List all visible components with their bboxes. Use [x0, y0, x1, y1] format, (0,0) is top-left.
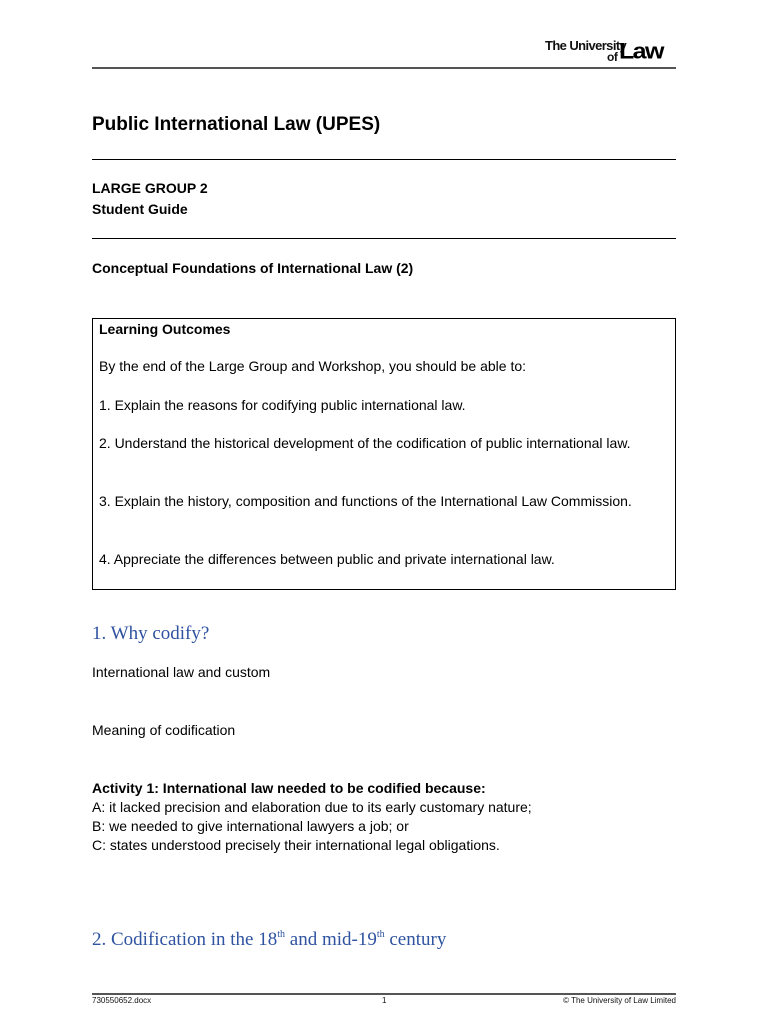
page-title: Public International Law (UPES) — [92, 114, 380, 136]
learning-outcomes-box: Learning Outcomes By the end of the Larg… — [92, 318, 676, 590]
university-of-law-logo: The University of Law — [545, 38, 677, 66]
learning-outcome-item: 3. Explain the history, composition and … — [99, 491, 669, 511]
logo-line-2: of — [607, 50, 617, 64]
section-2-heading: 2. Codification in the 18th and mid-19th… — [92, 929, 446, 951]
subheading-international-law-custom: International law and custom — [92, 663, 270, 682]
learning-outcome-item: 2. Understand the historical development… — [99, 433, 669, 453]
activity-option-c: C: states understood precisely their int… — [92, 836, 500, 855]
ordinal-superscript: th — [377, 929, 385, 940]
logo-line-3: Law — [619, 40, 663, 63]
section-2-heading-part-c: century — [385, 929, 447, 950]
section-2-heading-part-b: and mid-19 — [285, 929, 377, 950]
learning-outcomes-intro: By the end of the Large Group and Worksh… — [99, 356, 669, 376]
learning-outcome-item: 4. Appreciate the differences between pu… — [99, 549, 669, 569]
learning-outcome-item: 1. Explain the reasons for codifying pub… — [99, 395, 669, 415]
activity-option-b: B: we needed to give international lawye… — [92, 817, 409, 836]
footer-page-number: 1 — [382, 996, 386, 1005]
subheading-meaning-codification: Meaning of codification — [92, 721, 235, 740]
header-divider — [92, 67, 676, 69]
section-1-heading: 1. Why codify? — [92, 623, 209, 645]
ordinal-superscript: th — [277, 929, 285, 940]
activity-1-title: Activity 1: International law needed to … — [92, 779, 486, 798]
group-label: LARGE GROUP 2 — [92, 180, 208, 196]
guide-label: Student Guide — [92, 201, 188, 217]
footer-copyright: © The University of Law Limited — [563, 996, 676, 1005]
footer-filename: 730550652.docx — [92, 996, 151, 1005]
section-2-heading-part-a: 2. Codification in the 18 — [92, 929, 277, 950]
guide-divider — [92, 238, 676, 239]
learning-outcomes-heading: Learning Outcomes — [99, 319, 669, 339]
topic-title: Conceptual Foundations of International … — [92, 260, 413, 276]
title-divider — [92, 159, 676, 160]
activity-option-a: A: it lacked precision and elaboration d… — [92, 798, 532, 817]
footer-divider — [92, 993, 676, 995]
